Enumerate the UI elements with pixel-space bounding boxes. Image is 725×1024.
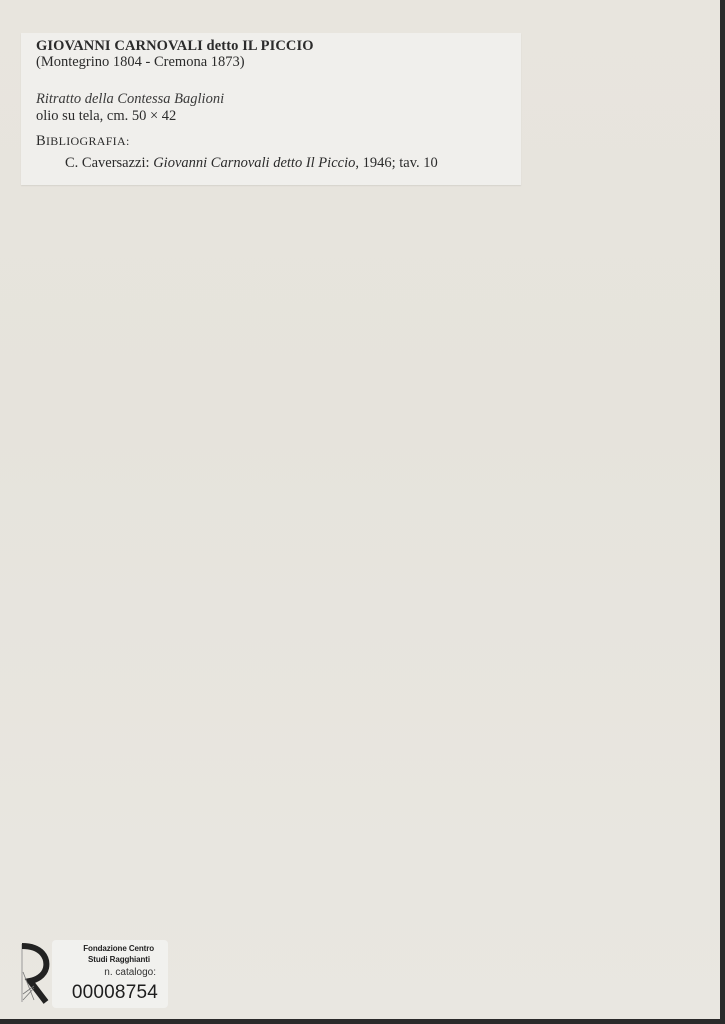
org-name-line2: Studi Ragghianti (88, 955, 150, 964)
artist-dates: (Montegrino 1804 - Cremona 1873) (36, 54, 245, 71)
work-medium: olio su tela, cm. 50 × 42 (36, 108, 176, 125)
bibliography-details: , 1946; tav. 10 (355, 155, 437, 171)
artist-name: GIOVANNI CARNOVALI detto IL PICCIO (36, 38, 314, 55)
catalog-stamp: Fondazione Centro Studi Ragghianti n. ca… (20, 940, 168, 1008)
archive-sheet: GIOVANNI CARNOVALI detto IL PICCIO (Mont… (0, 0, 720, 1019)
artwork-label: GIOVANNI CARNOVALI detto IL PICCIO (Mont… (21, 33, 521, 185)
catalog-number: 00008754 (72, 982, 158, 1004)
bibliography-heading-initial: B (36, 133, 46, 149)
bibliography-book-title: Giovanni Carnovali detto Il Piccio (153, 155, 355, 171)
bibliography-author: C. Caversazzi: (65, 155, 153, 171)
catalog-card: Fondazione Centro Studi Ragghianti n. ca… (52, 940, 168, 1008)
bibliography-heading-rest: IBLIOGRAFIA: (46, 134, 130, 148)
ragghianti-logo-icon (20, 942, 50, 1004)
bibliography-entry: C. Caversazzi: Giovanni Carnovali detto … (65, 155, 438, 172)
work-title: Ritratto della Contessa Baglioni (36, 91, 224, 108)
org-name-line1: Fondazione Centro (83, 944, 154, 953)
bibliography-heading: BIBLIOGRAFIA: (36, 133, 130, 150)
catalog-number-label: n. catalogo: (104, 967, 156, 978)
